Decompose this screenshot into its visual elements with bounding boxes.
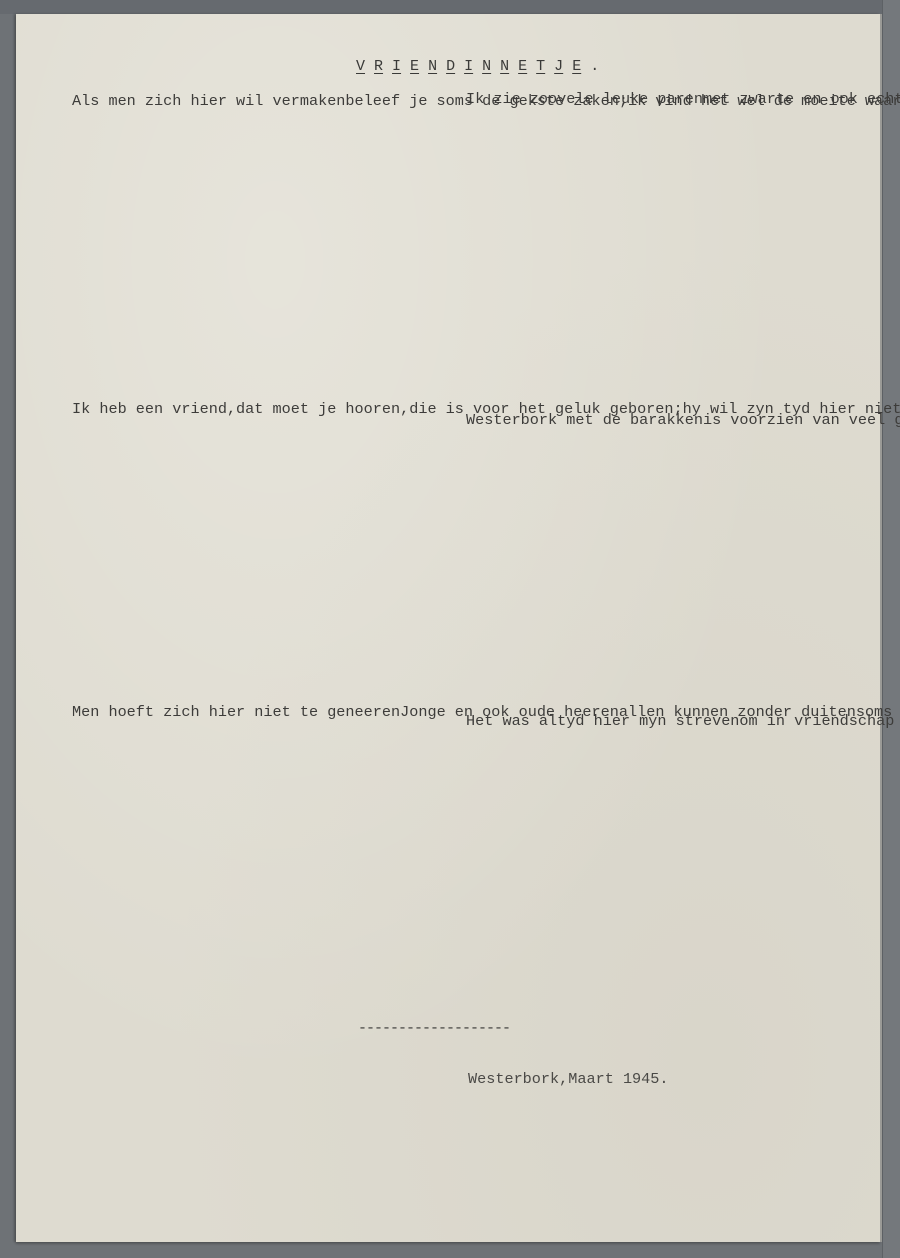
typewritten-page xyxy=(16,14,880,1242)
title-letter: J xyxy=(554,58,563,75)
title-letter: N xyxy=(500,58,509,75)
title-letter: I xyxy=(464,58,473,75)
poem-line: Het was altyd hier myn streven xyxy=(466,712,739,730)
title-letter: D xyxy=(446,58,455,75)
stanza-6: Het was altyd hier myn strevenom in vrie… xyxy=(466,712,900,730)
scanner-edge-strip xyxy=(882,0,900,1258)
title-letter: N xyxy=(482,58,491,75)
dashed-separator: ------------------- xyxy=(358,1020,510,1037)
stanza-5: Westerbork met de barakkenis voorzien va… xyxy=(466,411,900,429)
poem-line: is voorzien van veel gemakken; xyxy=(703,411,900,429)
title-letter: E xyxy=(410,58,419,75)
title-period: . xyxy=(590,58,599,75)
poem-line: Ik zie zoovele leuke paren xyxy=(466,90,703,108)
title-letter: N xyxy=(428,58,437,75)
poem-line: Men hoeft zich hier niet te geneeren xyxy=(72,703,400,721)
title-letter: E xyxy=(518,58,527,75)
title-letter: I xyxy=(392,58,401,75)
poem-line: met zwarte en ook echte blonde haren, xyxy=(703,90,900,108)
poem-line: Ik heb een vriend,dat moet je hooren, xyxy=(72,400,409,418)
title-letter: E xyxy=(572,58,581,75)
poem-line: Westerbork met de barakken xyxy=(466,411,703,429)
poem-line: om in vriendschap saam te leven; xyxy=(739,712,900,730)
place-and-date: Westerbork,Maart 1945. xyxy=(468,1070,669,1088)
title-letter: T xyxy=(536,58,545,75)
stanza-4: Ik zie zoovele leuke parenmet zwarte en … xyxy=(466,90,900,108)
title-letter: R xyxy=(374,58,383,75)
poem-line: Als men zich hier wil vermaken xyxy=(72,92,345,110)
title-letter: V xyxy=(356,58,365,75)
scanner-background xyxy=(0,0,900,14)
poem-title: VRIENDINNETJE. xyxy=(356,58,599,75)
